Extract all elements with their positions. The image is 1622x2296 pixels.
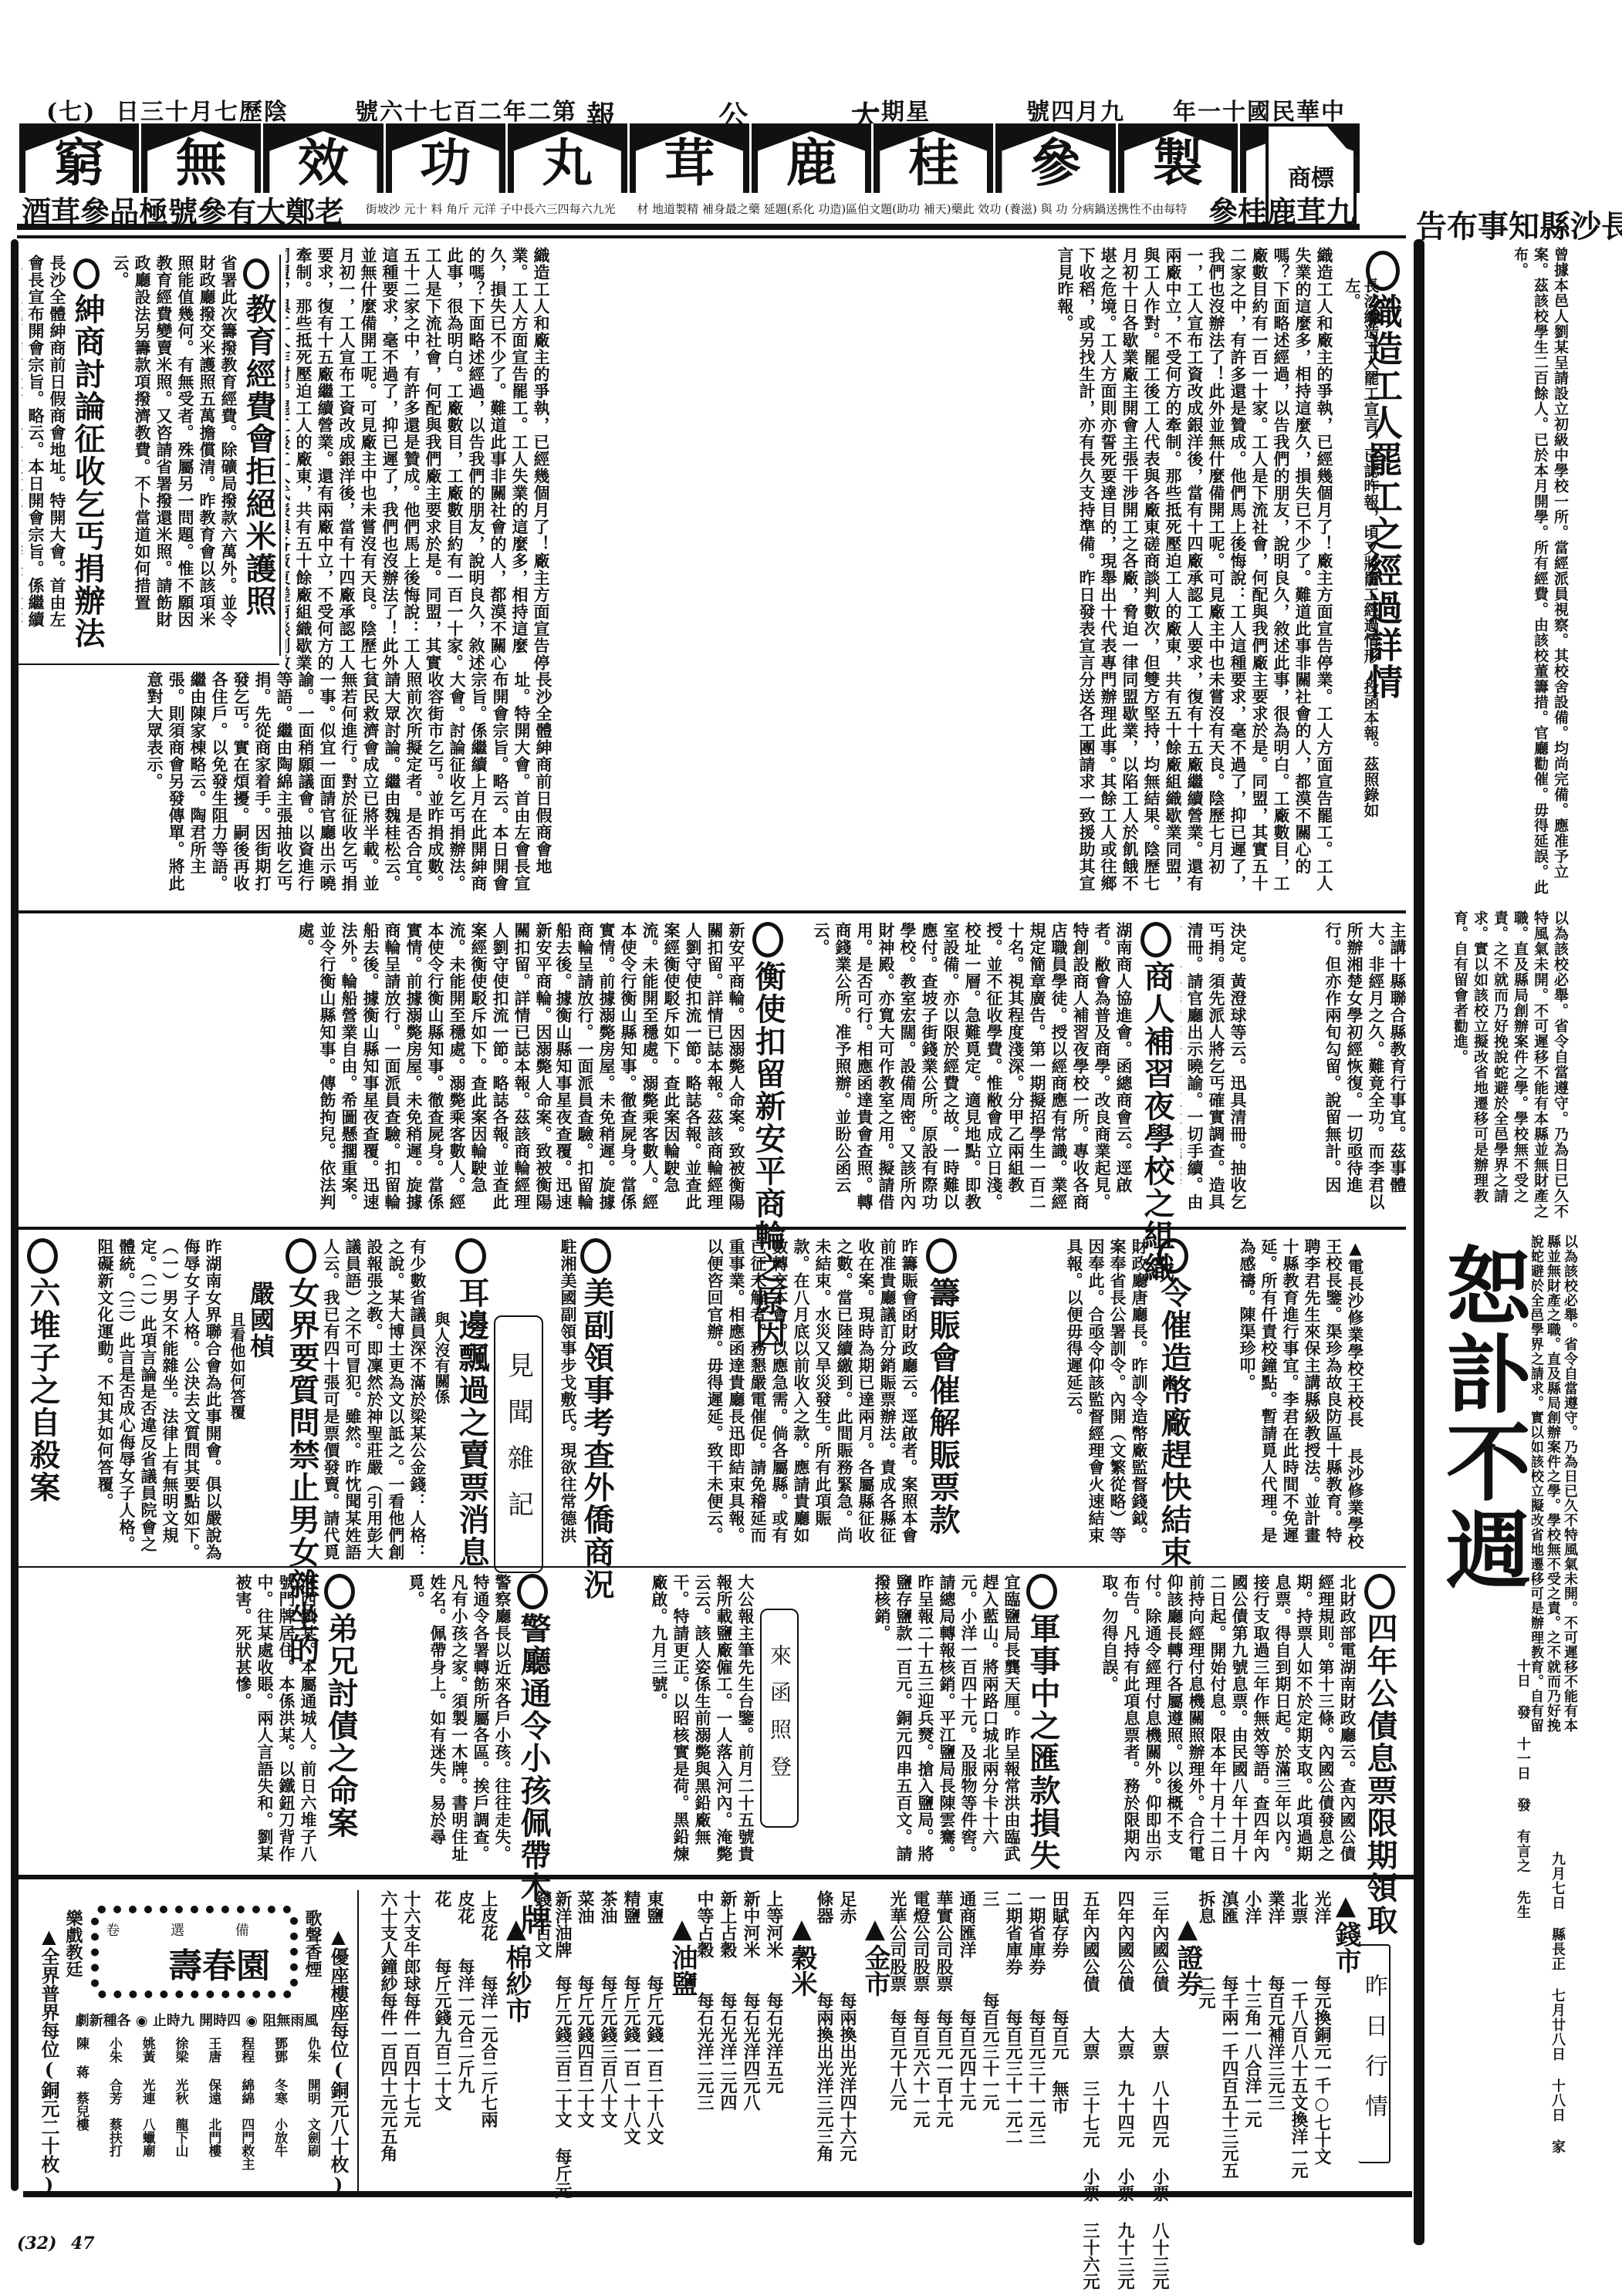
market-row: 業洋 每百元補洋三元三 [1265,1890,1286,2111]
mint-closure-body: 財政廳唐廳長。昨訓令造幣廠監督錢鉞。案奉省長公署訓令。內開（文繁從略）等因奉此。… [965,1238,1150,1555]
market-row: 上皮花 每洋一元合二斤七兩 [478,1890,498,2128]
market-row: 上等河米 每石光洋五元 [764,1890,784,2094]
bullet-circle-icon [1026,1574,1057,1609]
consul-body: 駐湘美國副領事步戈敷氏。現欲往常德洪江一帶考查商況。請領護照見復。並函公署。 [557,1238,579,1555]
market-row: 通商匯洋 每百元四十元 [957,1890,977,2111]
page-number-footer: 47 [71,2234,95,2254]
market-row: 新中河米 每石光洋四元八 [741,1890,761,2111]
program-item: 仇朱 開明 文劍刷 [305,2037,320,2191]
market-row: 華實公司股票 每百元一百十元 [934,1890,954,2128]
womens-question-subtitle: 且看他如何答覆 [228,1312,246,1420]
brother-debt-title: 弟兄討債之命案 [323,1612,358,1839]
ad-left-big: 老鄭大有參號極品參茸酒 [22,188,344,231]
bullet-circle-icon [926,1238,957,1274]
relief-fund-body: 昨籌賑會函財政廳云。逕啟者。案照本會前准貴廳議訂分銷賑票辦法。責成各縣征收在案。… [617,1238,920,1555]
issue-number: 第二年二百七十六號 [355,93,577,127]
section-rule [17,1875,1414,1879]
market-row: 北票 一千八百八十五文換洋一元 [1289,1890,1309,2179]
market-row: 電燈公司股票 每百元六十一元 [911,1890,931,2128]
market-row: 新上占穀 每石光洋二元四 [718,1890,738,2111]
theater-left-note: ▲全界普界每位(銅元二十枚) [39,1925,59,2196]
banner-char: 效 [261,123,383,193]
theater-schedule: 風雨無阻 ◉ 四時開 九時止 ◉ 各種新劇 [73,2010,320,2030]
ad-left-detail: 光九六每四三六長中子 洋元 斤角 料 十元 沙坡街 [366,203,616,216]
section-rule [17,1566,1406,1568]
market-title-box: 昨日行情 [1358,1944,1391,2163]
market-row: 二期省庫券 每百元三十一元二 [1003,1890,1023,2145]
market-row: 田賦存券 每百元 無市 [1049,1890,1070,2114]
bullet-circle-icon [752,922,783,957]
lunar-date: 陰歷七月十三日 [116,93,289,127]
beggar-tax-body: 長沙全體紳商前日假商會地址。特開大會。首由左會長宣布開會宗旨。略云。本日開會宗旨… [22,671,554,903]
market-row: 三 每百元三十一元 [980,1890,1000,2111]
page-border-bottom [23,2191,1412,2197]
bond-coupon-title: 四年公債息票限期領取 [1362,1612,1397,1936]
banner-char: 功 [384,123,505,193]
ear-rumor-subtitle: 與人沒有關係 [432,1312,451,1404]
ad-strip: 九茸鹿桂參 特每由不性携送鍋病分 功 與 (滋養) 功效 此藥(天補 功助)題文… [17,194,1360,230]
letter-label-box: 來函照登 [760,1609,799,1828]
program-item: 姚黃 光連 八蠟廟 [140,2037,155,2191]
weaving-strike-body: 織造工人和廠主的爭執，已經幾個月了！廠主方面宣告停業。工人方面宣告罷工。工人失業… [556,247,1335,899]
night-school-body: 湖南商人協進會。函總商會云。逕啟者。敝會為普及商學。改良商業起見。特創設商人補習… [803,922,1134,1219]
column-label-box: 見聞雜記 [494,1315,543,1573]
market-row: 滇匯 每千兩一千四百五十三元五 [1219,1890,1239,2179]
section-rule [17,1227,1406,1230]
consul-title: 美副領事考查外僑商況 [579,1277,614,1601]
page-border-left [11,239,19,2191]
banner-char: 參 [993,123,1115,193]
industrial-school-body: ▲電長沙修業學校王校長 長沙修業學校王校長鑒。渠珍為故良防區十縣教育。特聘李君先… [1204,1238,1366,1555]
market-row: 精鹽 每斤元錢一百一十八文 [621,1890,641,2145]
market-cotton-heading: 棉紗市 [502,1913,531,2023]
year: 中華民國十一年 [1173,93,1346,127]
notice-body: 曾據本邑人劉某呈請設立初級中學校一所。當經派員視察。其校舍設備。均尚完備。應准予… [1428,247,1570,895]
womens-question-byline: 嚴國楨 [247,1281,275,1359]
theater-top-label: 備 選 卷 [100,1920,278,1940]
banner-char: 製 [1116,123,1238,193]
beggar-tax-title: 紳商討論征收乞丐捐辦法 [69,293,105,650]
ear-rumor-title: 耳邊飄過之賣票消息 [454,1277,489,1568]
market-row: 花 每斤元錢九百二十文 [432,1890,452,2111]
market-salt-oil-heading: 油鹽 [667,1913,697,1997]
market-money-heading: 錢市 [1331,1890,1360,1974]
page-number: (七) [46,93,96,127]
column-divider [279,255,281,656]
obituary-body: 以為該校必舉。省令自當遵守。乃為日已久不特風氣未開。不可遲移不能有本縣並無財產之… [1532,1234,1578,1744]
market-row: 菜油 每斤元錢四百二十文 [575,1890,595,2128]
womens-question-body: 昨湖南女界聯合會為此事開會。俱以嚴說為侮辱女子人格。公決去文質問其要點如下。（一… [62,1238,224,1562]
bullet-circle-icon [455,1238,486,1274]
bullet-circle-icon [517,1574,548,1609]
program-item: 程程 綿綿 四門救主 [238,2037,254,2191]
theater-right-side: 歌聲香煙 [302,1909,323,1977]
bullet-circle-icon [243,258,269,289]
market-row: 四年內國公債 大票 九十四元 小票 九十三元 [1115,1890,1135,2290]
theater-left-side: 樂戲教廷 [63,1909,83,1977]
market-row: 六十支人鐘紗每件一百四十元元五角 [378,1890,398,2162]
weaving-strike-subtitle: 長沙織造工人罷工宣言，已誌昨報，頃又將罷工經過情形。投函本報。茲照錄如左。 [1343,278,1380,818]
month-day: 九月四號 [1026,93,1125,127]
education-fund-body: 省署此次籌撥教育經費。除礦局撥款六萬外。並令財政廳撥交米護照五萬擔償清。昨教育會… [100,255,239,640]
notice-footer: 九月七日 縣長正 七月廿八日 十八日 家 [1435,1852,1566,2222]
market-row: 五年內國公債 大票 三十七元 小票 三十六元 [1080,1890,1100,2290]
letter-body: 大公報主筆先生台鑒。前月二十五號貴報所載鹽廠僱工。一人落入河內。淹斃云云。該人姿… [556,1574,756,1867]
section-rule [17,910,1406,913]
ad-right-big: 九茸鹿桂參 [1208,188,1355,231]
theater-price-note: ▲優座樓座每位(銅元八十枚) [328,1925,348,2196]
obituary-title: 恕訃不週 [1435,1242,1528,1594]
bullet-circle-icon [286,1238,316,1274]
police-tag-body: 警察廳長以近來各戶小孩。往往走失。特通令各署轉飭所屬各區。挨戶調查。凡有小孩之家… [363,1574,513,1867]
theater-title: 壽春園 [168,1938,270,1987]
theater-programs: 仇朱 開明 文劍刷 鄧鄧 冬寒 小放牛 程程 綿綿 四門救主 王唐 保遠 北門樓… [73,2037,320,2191]
weekday: 星期一 [857,93,931,127]
column-divider [357,1890,359,2191]
market-gold-heading: 金市 [860,1913,890,1997]
remittance-loss-title: 軍事中之匯款損失 [1025,1612,1060,1872]
bullet-circle-icon [580,1238,611,1274]
brother-debt-body: 河西劉某。本屬通城人。前日六堆子八號門牌居住。本係洪某。以鐵鈕刀背作中。往某處收… [22,1574,319,1867]
market-row: 小洋 十三角一八合洋一元 [1242,1890,1262,2128]
steamer-body-cont: 新安平商輪。因溺斃人命案。致被衡陽關扣留。詳情已誌本報。茲該商輪經理人劉守使扣流… [22,922,554,1219]
bullet-circle-icon [324,1574,355,1609]
steamer-body: 新安平商輪。因溺斃人命案。致被衡陽關扣留。詳情已誌本報。茲該商輪經理人劉守使扣流… [556,922,747,1219]
bullet-circle-icon [1157,1238,1188,1274]
column-divider [1414,239,1424,2245]
night-school-title: 商人補習夜學校之組織 [1139,961,1174,1285]
remittance-loss-body: 宜臨鹽局長龔天厘。昨呈報常洪由臨武趕入藍山。將兩路口城北兩分卡十六元。小洋一百四… [803,1574,1022,1867]
police-tag-title: 警廳通令小孩佩帶木牌 [515,1612,551,1936]
bond-coupon-body: 北財政部電湖南財政廳云。查內國公債經理規則。第十三條。內國公債發息之期。持票人如… [1065,1574,1358,1867]
banner-char: 鹿 [749,123,871,193]
program-item: 王唐 保遠 北門樓 [205,2037,221,2191]
market-row: 足赤 每兩換出光洋四十六元 [837,1890,857,2162]
market-row: 十六支牛郎球每件一百四十七元 [401,1890,421,2128]
program-item: 陳 蒋 蔡兒樓 [73,2037,89,2191]
market-row: 東鹽 每斤元錢一百二十八文 [644,1890,664,2145]
market-row: 一期省庫券 每百元三十一元三 [1026,1890,1046,2145]
ear-rumor-body: 有少數省議員深不滿於梁某公金錢：人格：之說。某大博士更為文以詆之。一看他們創設報… [324,1238,428,1562]
banner-char: 丸 [505,123,627,193]
banner-char: 無 [139,123,261,193]
program-item: 鄧鄧 冬寒 小放牛 [272,2037,287,2191]
ad-mid-detail: 特每由不性携送鍋病分 功 與 (滋養) 功效 此藥(天補 功助)題文伯區(造功 … [637,203,1187,216]
notice-title: 長沙縣知事布告 [1416,202,1622,246]
market-row: 茶油 每斤元錢三百八十文 [598,1890,618,2128]
market-rice-heading: 穀米 [787,1913,816,1997]
program-item: 徐梁 光秋 龍下山 [173,2037,188,2191]
banner-char: 桂 [871,123,993,193]
market-row: 三年內國公債 大票 八十四元 小票 八十三元 [1150,1890,1170,2290]
section-rule [17,663,279,665]
market-row: 光洋 每元換銅元一千○七十文 [1312,1890,1332,2165]
theater-name: 壽春園 [108,1938,270,1987]
mint-closure-title: 令催造幣廠趕快結束 [1156,1277,1191,1568]
lecture-institute-body: 主講十縣聯合縣教育行事宜。茲事體大。非經月之久。難竟全功。而李君以所辦湘楚女學初… [1250,922,1408,1219]
bullet-circle-icon [1364,1574,1395,1609]
program-item: 小朱 合芳 蔡扶打 [106,2037,122,2191]
suicide-title: 六堆子之自殺案 [25,1277,60,1504]
weaving-strike-body-cont: 織造工人和廠主的爭執，已經幾個月了！廠主方面宣告停業。工人方面宣告罷工。工人失業… [286,247,552,671]
notice-body-cont: 以為該校必舉。省令自當遵守。乃為日已久不特風氣未開。不可遲移不能有本縣並無財產之… [1428,910,1570,1219]
volume-number: (32) [17,2234,56,2254]
market-securities-heading: 證券 [1173,1913,1202,1997]
beggar-fund-decision: 決定。黃澄球等云。迅具清冊。抽收乞丐捐。須先派人將乞丐確實調查。造具清冊。請官廳… [1181,922,1249,1219]
bullet-circle-icon [27,1238,58,1274]
beggar-tax-subtitle: 長沙全體紳商前日假商會地址。特開大會。首由左會長宣布開會宗旨。略云。本日開會宗旨… [22,255,68,640]
banner-char: 窮 [17,123,139,193]
section-rule [17,235,1406,238]
bullet-circle-icon [73,258,100,289]
market-row: 新洋油牌 每斤元錢三百二十文 每斤元錢三百文 [532,1890,573,2214]
relief-fund-title: 籌賑會催解賑票款 [924,1277,960,1536]
education-fund-title: 教育經費會拒絕米護照 [241,293,276,617]
market-row: 皮花 每洋一元合二斤九 [455,1890,475,2094]
banner-ad: 鄭 製 參 桂 鹿 茸 丸 功 效 無 窮 [17,123,1360,193]
banner-char: 茸 [627,123,749,193]
bullet-circle-icon [1140,922,1171,957]
